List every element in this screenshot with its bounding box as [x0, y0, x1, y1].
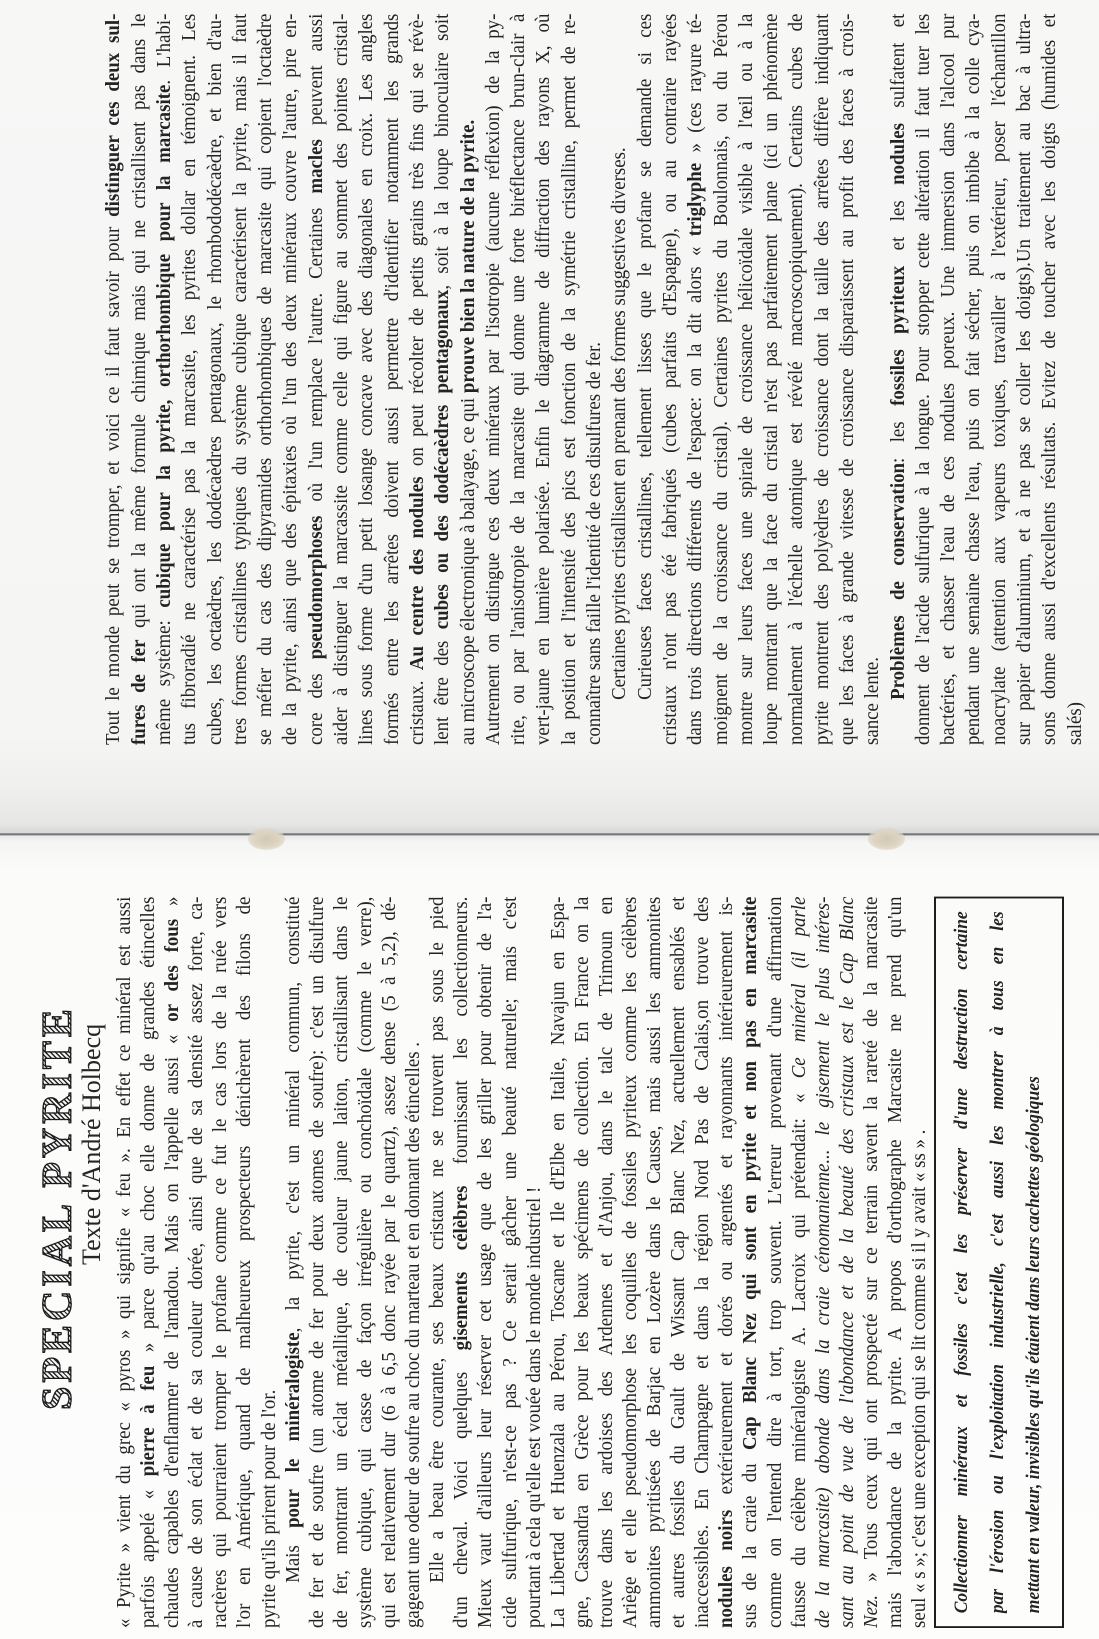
text-run: cristaux. — [406, 670, 428, 745]
text-run: qui ont la même formule chimique mais qu… — [128, 14, 150, 640]
text-line: Problèmes de conservation: les fossiles … — [886, 14, 911, 745]
text-line: lent être des cubes ou des dodécaèdres p… — [430, 14, 455, 745]
text-line: de fer et de soufre (un atome de fer pou… — [305, 897, 329, 1628]
italic-text: Nez. — [860, 1595, 882, 1628]
text-line: pyrite montrent des polyèdres de croissa… — [810, 14, 835, 745]
text-line: la position et l'intensité des pics est … — [557, 14, 582, 745]
bold-text: cubes ou des dodécaèdres pentagonaux — [431, 290, 453, 630]
bold-text: or des fous — [161, 919, 183, 1022]
scanned-spread: SPECIAL PYRITE Texte d'André Holbecq « P… — [0, 0, 1099, 1639]
text-line: de la marcasite) abonde dans la craie cé… — [811, 897, 835, 1628]
quote-line: mettant en valeur, invisibles qu'ils éta… — [1016, 911, 1052, 1613]
text-line: nodules noirs extérieurement et dorés ou… — [714, 897, 738, 1628]
text-line: gne, Cassandra en Grèce pour les beaux s… — [570, 897, 594, 1628]
text-line: noacrylate (attention aux vapeurs toxiqu… — [987, 14, 1012, 745]
text-line: seul « s »; c'est une exception qui se l… — [907, 897, 931, 1628]
text-line: loupe montrant que la face du cristal n'… — [759, 14, 784, 745]
text-line: d'un cheval. Voici quelques gisements cé… — [449, 897, 473, 1628]
text-line: se méfier du cas des dipyramides orthorh… — [253, 14, 278, 745]
bold-text: pseudomorphoses — [305, 516, 327, 660]
text-line: cristaux n'ont pas été fabriqués (cubes … — [658, 14, 683, 745]
staple-mark — [248, 828, 285, 850]
text-run: Tout le monde peut se tromper, et voici … — [102, 217, 124, 745]
text-line: Curieuses faces cristallines, tellement … — [633, 14, 658, 745]
left-page: SPECIAL PYRITE Texte d'André Holbecq « P… — [0, 834, 1099, 1639]
page-fold-line — [0, 833, 1099, 836]
text-line: fures de fer qui ont la même formule chi… — [127, 14, 152, 745]
text-run: où l'un remplace l'autre. Certaines — [305, 194, 327, 516]
text-run: et les — [887, 185, 909, 266]
bold-text: Problèmes de conservation — [887, 463, 909, 700]
text-run: » parce qu'au choc elle donne de grandes… — [137, 897, 159, 1366]
text-line: formés entre les arrêtes doivent aussi p… — [380, 14, 405, 745]
text-run: . L'habi- — [153, 14, 175, 85]
text-line: trouve dans les ardoises des Ardennes et… — [594, 897, 618, 1628]
text-line: inaccessibles. En Champagne et dans la r… — [690, 897, 714, 1628]
text-line: Elle a beau être courante, ses beaux cri… — [425, 897, 449, 1628]
text-line: pyrite qu'ils prirent pour de l'or. — [257, 897, 281, 1628]
text-line: au microscope électronique à balayage, c… — [456, 14, 481, 745]
quote-box: Collectionner minéraux et fossiles c'est… — [934, 897, 1064, 1628]
text-run: , la pyrite, c'est un minéral commun, co… — [282, 897, 304, 1333]
text-line: sance lente. — [860, 14, 885, 745]
text-run: Mais — [282, 1528, 304, 1583]
text-line: Autrement on distingue ces deux minéraux… — [481, 14, 506, 745]
text-line: core des pseudomorphoses où l'un remplac… — [304, 14, 329, 745]
text-run: même système: — [153, 608, 175, 745]
text-line: sons donne aussi d'excellents résultats.… — [1037, 14, 1062, 745]
text-run: peuvent aussi — [305, 14, 327, 140]
text-run: core des — [305, 659, 327, 745]
text-line: lines sous forme d'un petit losange conc… — [354, 14, 379, 745]
italic-text: Ce minéral (il parle — [788, 897, 810, 1079]
text-line: salés) — [1063, 14, 1088, 745]
text-run: parfois appelé « — [137, 1476, 159, 1628]
text-line: cubes, les octaèdres, les dodécaèdres pe… — [203, 14, 228, 745]
text-line: « Pyrite » vient du grec « pyros » qui s… — [112, 897, 136, 1628]
text-line: Certaines pyrites cristallisent en prena… — [607, 14, 632, 745]
text-line: de la pyrite, ainsi que des épitaxies où… — [278, 14, 303, 745]
text-line: Ariège et elle pseudomorphose les coquil… — [618, 897, 642, 1628]
text-line: de fer, montrant un éclat métallique, de… — [329, 897, 353, 1628]
text-line: cide sulfurique, n'est-ce pas ? Ce serai… — [498, 897, 522, 1628]
text-run: » (ces rayure té- — [684, 14, 706, 163]
text-line: normalement à l'échelle atomique est rév… — [784, 14, 809, 745]
text-line: chaudes capables d'enflammer de l'amadou… — [160, 897, 184, 1628]
text-run: dans trois directions différents de l'es… — [684, 236, 706, 745]
left-text-column: « Pyrite » vient du grec « pyros » qui s… — [112, 897, 931, 1628]
text-run: lent être des — [431, 629, 453, 745]
text-line: tres formes cristallines typiques du sys… — [228, 14, 253, 745]
text-line: même système: cubique pour la pyrite, or… — [152, 14, 177, 745]
text-line: à cause de son éclat et de sa couleur do… — [184, 897, 208, 1628]
text-run: , soit à la loupe binoculaire soit — [431, 14, 453, 290]
bold-text: Au centre des nodules — [406, 477, 428, 671]
staple-mark — [868, 828, 905, 850]
bold-text: gisements célèbres — [450, 1186, 472, 1351]
text-line: que les faces à grande vitesse de croiss… — [835, 14, 860, 745]
text-line: vert-jaune en lumière polarisée. Enfin l… — [531, 14, 556, 745]
text-line: dans trois directions différents de l'es… — [683, 14, 708, 745]
text-line: pourtant à cela qu'elle est vouée dans l… — [522, 897, 546, 1628]
text-line: l'or en Amérique, quand de malheureux pr… — [232, 897, 256, 1628]
bold-text: pierre à feu — [137, 1366, 159, 1477]
bold-text: fossiles pyriteux — [887, 266, 909, 406]
text-run: » — [161, 897, 183, 919]
text-line: qui est relativement dur (6 à 6,5 donc r… — [377, 897, 401, 1628]
bold-text: cubique pour la pyrite, orthorhombique p… — [153, 85, 175, 608]
bold-text: fures de fer — [128, 639, 150, 745]
article-byline: Texte d'André Holbecq — [79, 1024, 105, 1265]
text-line: Mais pour le minéralogiste, la pyrite, c… — [281, 897, 305, 1628]
text-run: fausse du célèbre minéralogiste A. Lacro… — [788, 1078, 810, 1628]
text-line: Nez. » Tous ceux qui ont prospecté sur c… — [859, 897, 883, 1628]
text-line: aider à distinguer la marcassite comme c… — [329, 14, 354, 745]
text-line: rite, ou par l'anisotropie de la marcasi… — [506, 14, 531, 745]
article-title: SPECIAL PYRITE — [37, 1005, 79, 1410]
quote-line: Collectionner minéraux et fossiles c'est… — [944, 911, 980, 1613]
text-line: Mieux vaut d'ailleurs leur réserver cet … — [473, 897, 497, 1628]
text-run: » Tous ceux qui ont prospecté sur ce ter… — [860, 897, 882, 1595]
text-run: au microscope électronique à balayage, c… — [457, 393, 479, 745]
text-run: d'un cheval. Voici quelques — [450, 1350, 472, 1628]
text-line: sant au point de vue de l'abondance et d… — [835, 897, 859, 1628]
text-run: sulfatent et — [887, 14, 909, 123]
bold-text: prouve bien la nature de la pyrite. — [457, 120, 479, 393]
text-line: ractères qui pourraient tromper le profa… — [208, 897, 232, 1628]
text-line: gageant une odeur de soufre au choc du m… — [401, 897, 425, 1628]
text-line: ammonites pyritisées de Barjac en Lozère… — [642, 897, 666, 1628]
bold-text: macles — [305, 139, 327, 193]
right-page: Tout le monde peut se tromper, et voici … — [0, 0, 1099, 834]
bold-text: Cap Blanc Nez qui sont en pyrite et non … — [739, 897, 761, 1450]
text-line: tus fibroradié ne caractérise pas la mar… — [177, 14, 202, 745]
text-line: moignent de la croissance du cristal). C… — [709, 14, 734, 745]
text-line: fausse du célèbre minéralogiste A. Lacro… — [787, 897, 811, 1628]
text-line: sur papier d'aluminium, et à ne pas se c… — [1012, 14, 1037, 745]
right-text-column: Tout le monde peut se tromper, et voici … — [101, 14, 1088, 745]
text-line: Tout le monde peut se tromper, et voici … — [101, 14, 126, 745]
text-line: pendant une semaine chasse l'eau, puis o… — [961, 14, 986, 745]
text-line: bactéries, et chasser l'eau de ces nodul… — [936, 14, 961, 745]
bold-text: nodules — [887, 123, 909, 185]
quote-line: par l'érosion ou l'exploitation industri… — [980, 911, 1016, 1613]
text-line: mais l'abondance de la pyrite. A propos … — [883, 897, 907, 1628]
text-run: fournissant les collectionneurs. — [450, 897, 472, 1186]
text-line: cristaux. Au centre des nodules on peut … — [405, 14, 430, 745]
bold-text: distinguer ces deux sul- — [102, 14, 124, 217]
text-line: donnent de l'acide sulfurique à la longu… — [911, 14, 936, 745]
text-line: parfois appelé « pierre à feu » parce qu… — [136, 897, 160, 1628]
text-line: connaître sans faille l'identité de ces … — [582, 14, 607, 745]
text-line: La Libertad et Huenzala au Pérou, Toscan… — [546, 897, 570, 1628]
bold-text: pour le minéralogiste — [282, 1332, 304, 1528]
bold-text: triglyphe — [684, 163, 706, 236]
text-run: : les — [887, 406, 909, 463]
text-run: sus de la craie du — [739, 1450, 761, 1628]
text-run: on peut récolter de petits grains très f… — [406, 14, 428, 477]
text-line: montre sur leurs faces une spirale de cr… — [734, 14, 759, 745]
text-run: chaudes capables d'enflammer de l'amadou… — [161, 1022, 183, 1628]
text-line: sus de la craie du Cap Blanc Nez qui son… — [738, 897, 762, 1628]
text-line: système cubique, qui casse de façon irré… — [353, 897, 377, 1628]
bold-text: nodules noirs — [715, 1510, 737, 1628]
text-line: et autres fossiles du Gault de Wissant C… — [666, 897, 690, 1628]
text-run: extérieurement et dorés ou argentés et r… — [715, 897, 737, 1510]
text-line: comme on l'entend dire à tort, trop souv… — [763, 897, 787, 1628]
